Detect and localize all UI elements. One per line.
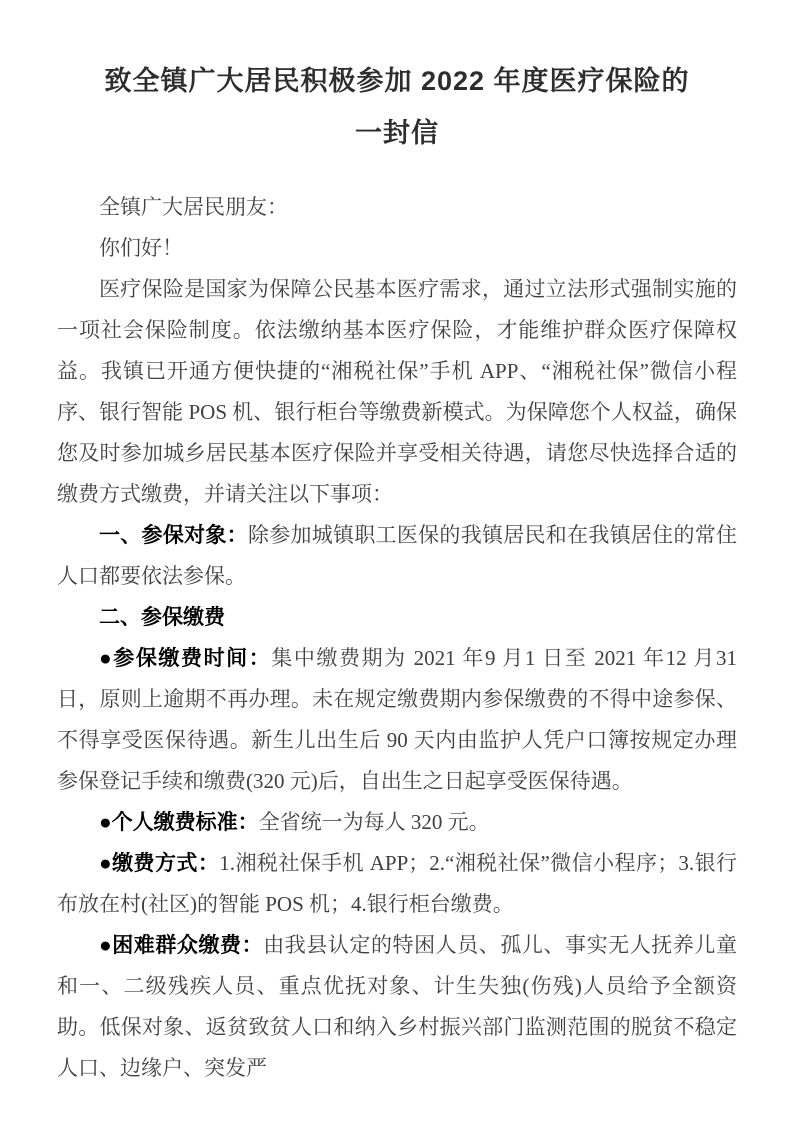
greeting-line: 全镇广大居民朋友： bbox=[57, 187, 737, 228]
bullet-hardship-groups-label: ●困难群众缴费： bbox=[99, 934, 263, 957]
bullet-payment-methods: ●缴费方式：1.湘税社保手机 APP；2.“湘税社保”微信小程序；3.银行布放在… bbox=[57, 843, 737, 925]
bullet-personal-standard-label: ●个人缴费标准： bbox=[99, 811, 259, 834]
bullet-hardship-groups: ●困难群众缴费：由我县认定的特困人员、孤儿、事实无人抚养儿童和一、二级残疾人员、… bbox=[57, 925, 737, 1089]
section-enrollment-target: 一、参保对象：除参加城镇职工医保的我镇居民和在我镇居住的常住人口都要依法参保。 bbox=[57, 515, 737, 597]
bullet-payment-methods-label: ●缴费方式： bbox=[99, 852, 219, 875]
section-enrollment-target-label: 一、参保对象： bbox=[99, 524, 248, 547]
bullet-payment-time: ●参保缴费时间：集中缴费期为 2021 年9 月1 日至 2021 年12 月3… bbox=[57, 638, 737, 802]
document-page: 致全镇广大居民积极参加 2022 年度医疗保险的 一封信 全镇广大居民朋友： 你… bbox=[0, 0, 794, 1122]
bullet-personal-standard-text: 全省统一为每人 320 元。 bbox=[259, 810, 490, 834]
section-payment-heading: 二、参保缴费 bbox=[57, 597, 737, 638]
bullet-personal-standard: ●个人缴费标准：全省统一为每人 320 元。 bbox=[57, 802, 737, 843]
letter-title-line-1: 致全镇广大居民积极参加 2022 年度医疗保险的 bbox=[57, 55, 737, 107]
letter-title-line-2: 一封信 bbox=[57, 107, 737, 159]
salutation-line: 你们好！ bbox=[57, 228, 737, 269]
intro-paragraph: 医疗保险是国家为保障公民基本医疗需求，通过立法形式强制实施的一项社会保险制度。依… bbox=[57, 269, 737, 515]
bullet-payment-time-label: ●参保缴费时间： bbox=[99, 647, 271, 670]
letter-title: 致全镇广大居民积极参加 2022 年度医疗保险的 一封信 bbox=[57, 55, 737, 159]
